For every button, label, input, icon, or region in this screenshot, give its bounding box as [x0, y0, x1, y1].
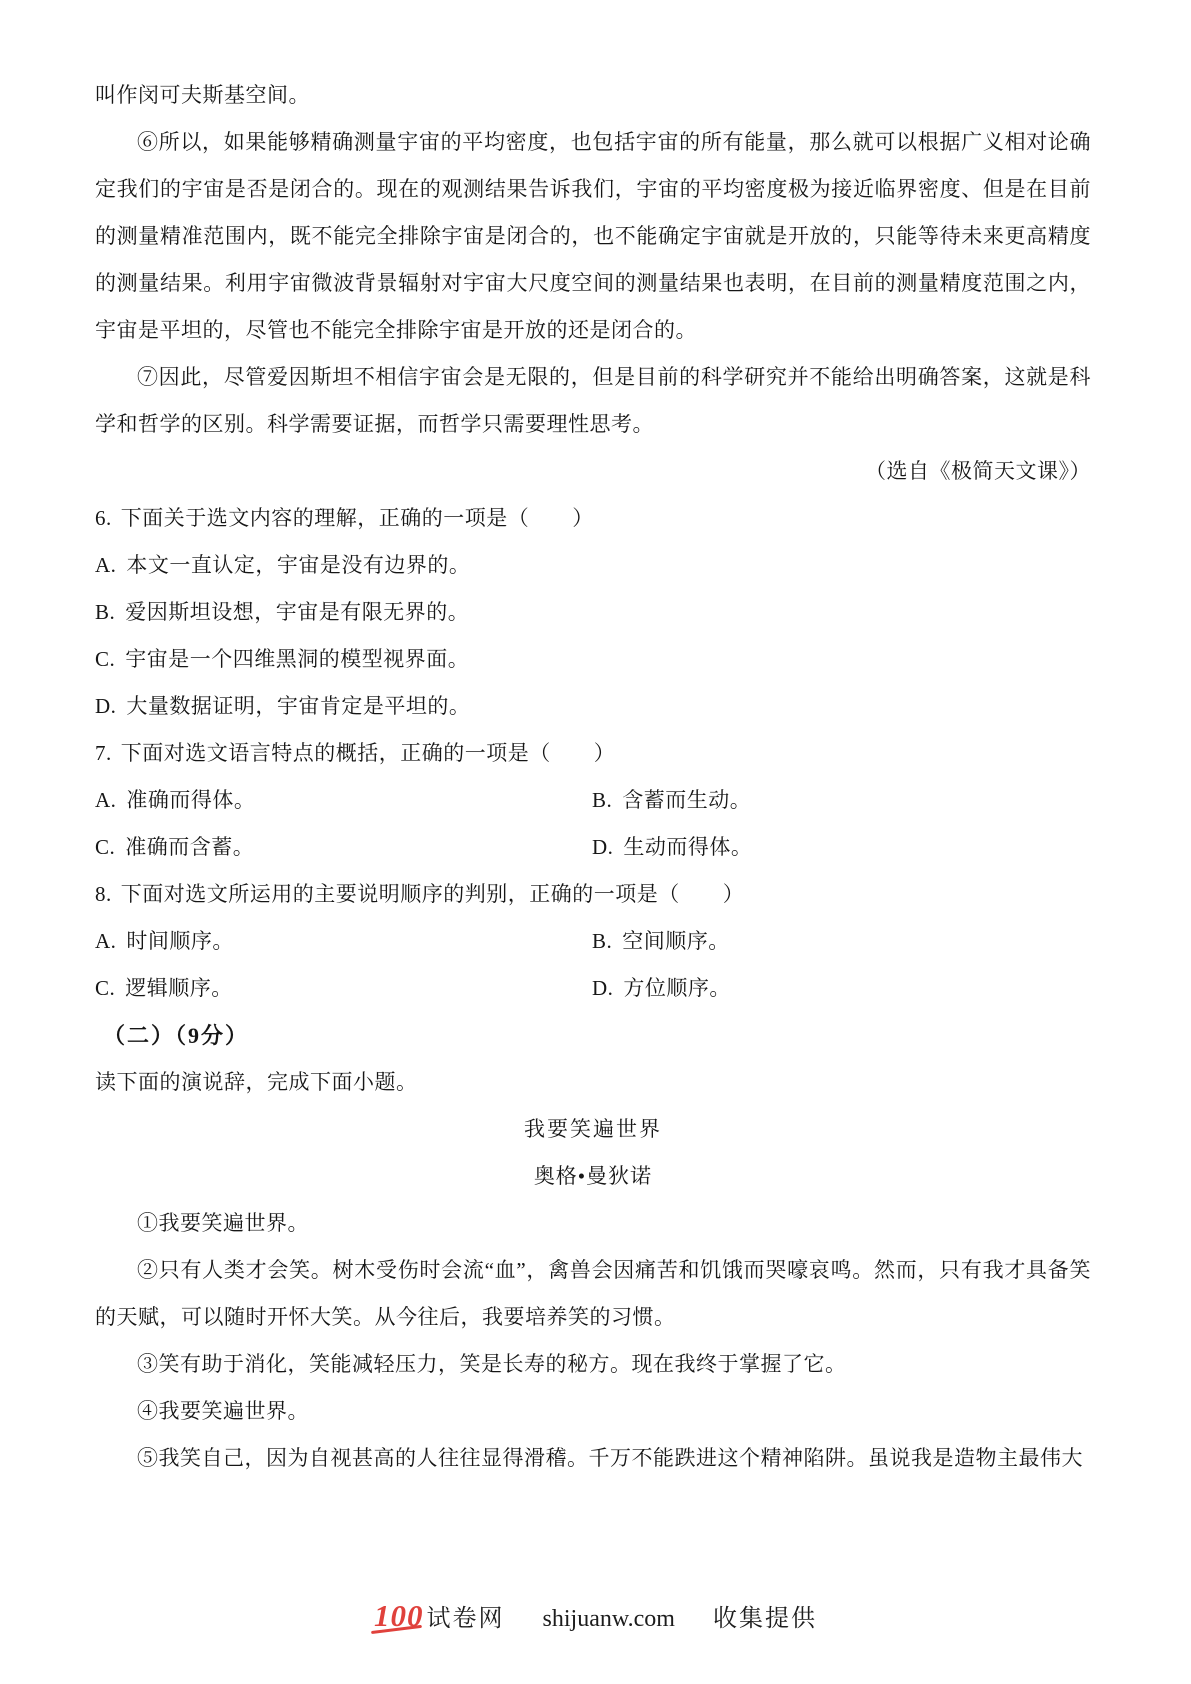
option-b-text: 含蓄而生动。	[622, 788, 751, 812]
question-8-number: 8.	[95, 882, 112, 906]
article-paragraph-7: ⑦因此，尽管爱因斯坦不相信宇宙会是无限的，但是目前的科学研究并不能给出明确答案，…	[95, 354, 1091, 448]
option-c-text: 宇宙是一个四维黑洞的模型视界面。	[125, 647, 469, 671]
question-6-option-c: C.宇宙是一个四维黑洞的模型视界面。	[95, 636, 1091, 683]
question-8-option-c: C.逻辑顺序。	[95, 965, 592, 1012]
question-6-option-b: B.爱因斯坦设想，宇宙是有限无界的。	[95, 589, 1091, 636]
speech-paragraph-5: ⑤我笑自己，因为自视甚高的人往往显得滑稽。千万不能跌进这个精神陷阱。虽说我是造物…	[95, 1435, 1091, 1482]
option-a-text: 时间顺序。	[126, 929, 234, 953]
option-a-label: A.	[95, 929, 116, 953]
question-7-stem: 7.下面对选文语言特点的概括，正确的一项是（ ）	[95, 730, 1091, 777]
option-c-label: C.	[95, 647, 115, 671]
option-b-text: 空间顺序。	[622, 929, 730, 953]
speech-paragraph-2: ②只有人类才会笑。树木受伤时会流“血”，禽兽会因痛苦和饥饿而哭嚎哀鸣。然而，只有…	[95, 1247, 1091, 1341]
source-attribution: （选自《极简天文课》）	[95, 448, 1091, 495]
option-a-text: 本文一直认定，宇宙是没有边界的。	[126, 553, 470, 577]
option-b-label: B.	[95, 600, 115, 624]
question-6-option-d: D.大量数据证明，宇宙肯定是平坦的。	[95, 683, 1091, 730]
speech-paragraph-4: ④我要笑遍世界。	[95, 1388, 1091, 1435]
option-d-text: 方位顺序。	[623, 976, 731, 1000]
option-a-label: A.	[95, 788, 116, 812]
site-footer: 100 试卷网 shijuanw.com 收集提供	[0, 1598, 1191, 1634]
question-8-option-d: D.方位顺序。	[592, 965, 1091, 1012]
option-c-text: 准确而含蓄。	[125, 835, 254, 859]
question-8-options-row-1: A.时间顺序。 B.空间顺序。	[95, 918, 1091, 965]
option-d-label: D.	[592, 976, 613, 1000]
question-7-options-row-2: C.准确而含蓄。 D.生动而得体。	[95, 824, 1091, 871]
question-7: 7.下面对选文语言特点的概括，正确的一项是（ ） A.准确而得体。 B.含蓄而生…	[95, 730, 1091, 871]
logo-text: 试卷网	[427, 1598, 505, 1633]
question-8: 8.下面对选文所运用的主要说明顺序的判别，正确的一项是（ ） A.时间顺序。 B…	[95, 871, 1091, 1012]
exam-paper-page: 叫作闵可夫斯基空间。 ⑥所以，如果能够精确测量宇宙的平均密度，也包括宇宙的所有能…	[0, 0, 1191, 1684]
option-b-label: B.	[592, 929, 612, 953]
question-6-option-a: A.本文一直认定，宇宙是没有边界的。	[95, 542, 1091, 589]
footer-domain: shijuanw.com	[543, 1606, 675, 1633]
question-8-options-row-2: C.逻辑顺序。 D.方位顺序。	[95, 965, 1091, 1012]
speech-title: 我要笑遍世界	[95, 1106, 1091, 1153]
option-c-text: 逻辑顺序。	[125, 976, 233, 1000]
exam-content: 叫作闵可夫斯基空间。 ⑥所以，如果能够精确测量宇宙的平均密度，也包括宇宙的所有能…	[95, 72, 1091, 1482]
section-two: （二）（9分） 读下面的演说辞，完成下面小题。 我要笑遍世界 奥格•曼狄诺 ①我…	[95, 1012, 1091, 1482]
question-8-text: 下面对选文所运用的主要说明顺序的判别，正确的一项是（ ）	[121, 882, 745, 906]
continuation-line: 叫作闵可夫斯基空间。	[95, 72, 1091, 119]
shijuanw-logo: 100 试卷网	[374, 1598, 505, 1634]
option-c-label: C.	[95, 835, 115, 859]
question-7-number: 7.	[95, 741, 112, 765]
question-6-stem: 6.下面关于选文内容的理解，正确的一项是（ ）	[95, 495, 1091, 542]
logo-100-icon: 100	[374, 1598, 424, 1634]
question-6-text: 下面关于选文内容的理解，正确的一项是（ ）	[121, 506, 594, 530]
option-c-label: C.	[95, 976, 115, 1000]
option-a-label: A.	[95, 553, 116, 577]
question-7-options-row-1: A.准确而得体。 B.含蓄而生动。	[95, 777, 1091, 824]
question-7-option-b: B.含蓄而生动。	[592, 777, 1091, 824]
question-7-option-d: D.生动而得体。	[592, 824, 1091, 871]
article-paragraph-6: ⑥所以，如果能够精确测量宇宙的平均密度，也包括宇宙的所有能量，那么就可以根据广义…	[95, 119, 1091, 354]
option-a-text: 准确而得体。	[126, 788, 255, 812]
speech-paragraph-1: ①我要笑遍世界。	[95, 1200, 1091, 1247]
question-7-option-a: A.准确而得体。	[95, 777, 592, 824]
footer-credit: 收集提供	[713, 1598, 817, 1633]
question-6-number: 6.	[95, 506, 112, 530]
option-d-text: 大量数据证明，宇宙肯定是平坦的。	[126, 694, 470, 718]
option-d-label: D.	[95, 694, 116, 718]
question-7-text: 下面对选文语言特点的概括，正确的一项是（ ）	[121, 741, 616, 765]
question-8-option-b: B.空间顺序。	[592, 918, 1091, 965]
option-b-label: B.	[592, 788, 612, 812]
option-d-label: D.	[592, 835, 613, 859]
question-6: 6.下面关于选文内容的理解，正确的一项是（ ） A.本文一直认定，宇宙是没有边界…	[95, 495, 1091, 730]
speech-author: 奥格•曼狄诺	[95, 1153, 1091, 1200]
speech-paragraph-3: ③笑有助于消化，笑能减轻压力，笑是长寿的秘方。现在我终于掌握了它。	[95, 1341, 1091, 1388]
section-two-intro: 读下面的演说辞，完成下面小题。	[95, 1059, 1091, 1106]
section-two-heading: （二）（9分）	[95, 1012, 1091, 1059]
question-8-option-a: A.时间顺序。	[95, 918, 592, 965]
option-d-text: 生动而得体。	[623, 835, 752, 859]
option-b-text: 爱因斯坦设想，宇宙是有限无界的。	[125, 600, 469, 624]
question-7-option-c: C.准确而含蓄。	[95, 824, 592, 871]
question-8-stem: 8.下面对选文所运用的主要说明顺序的判别，正确的一项是（ ）	[95, 871, 1091, 918]
